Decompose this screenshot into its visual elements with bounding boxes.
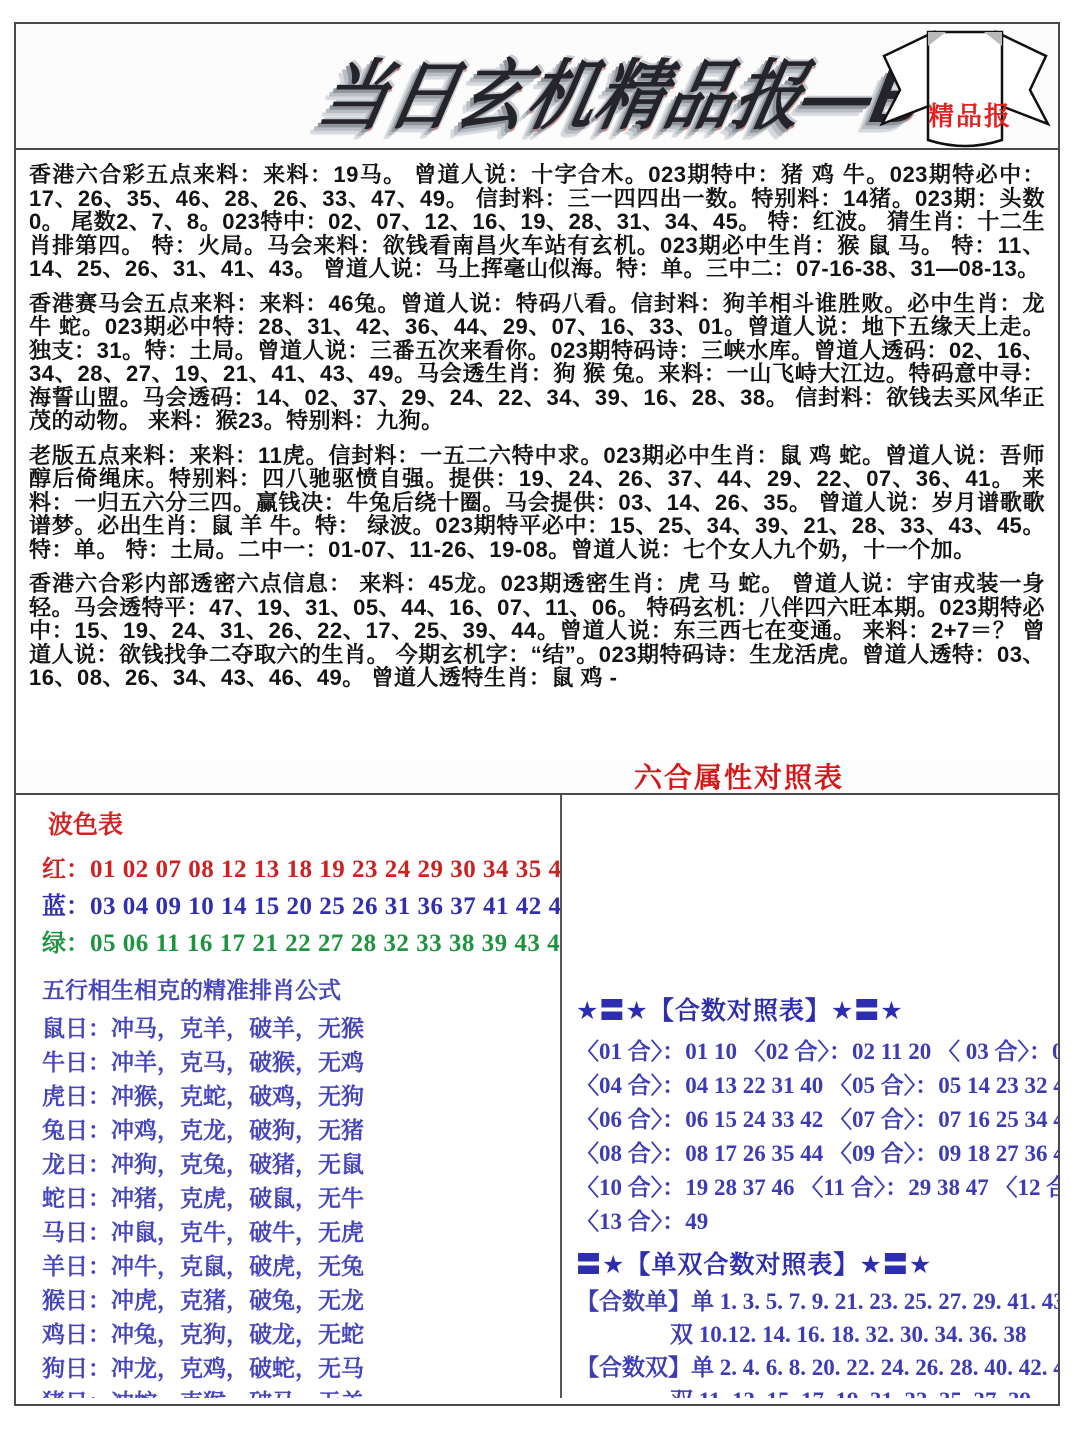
badge-label: 精品报 [928,96,1004,133]
sum-odd-even-row: 双 10.12. 14. 16. 18. 32. 30. 34. 36. 38 [576,1318,1052,1351]
zodiac-row-pig: 猪日：冲蛇，克猴，破马，无羊 [42,1385,552,1398]
attribute-table-header-row: 六合属性对照表 [16,759,1058,795]
sum-row-04-05: 〈04 合〉：04 13 22 31 40 〈05 合〉：05 14 23 32… [576,1069,1052,1103]
green-wave-numbers: 05 06 11 16 17 21 22 27 28 32 33 38 39 4… [90,930,560,957]
tip-paragraph-2: 香港赛马会五点来料：来料：46兔。曾道人说：特码八看。信封料：狗羊相斗谁胜败。必… [29,292,1045,433]
zodiac-row-monkey: 猴日：冲虎，克猪，破兔，无龙 [42,1283,552,1317]
red-wave-numbers: 01 02 07 08 12 13 18 19 23 24 29 30 34 3… [90,856,560,883]
zodiac-row-rat: 鼠日：冲马，克羊，破羊，无猴 [42,1011,552,1045]
odd-even-sum-table-title: 〓★【单双合数对照表】★〓★ [576,1245,1052,1281]
tip-paragraph-1: 香港六合彩五点来料：来料：19马。 曾道人说：十字合木。023期特中：猪 鸡 牛… [29,163,1045,281]
sum-even-even-row: 双 11. 13. 15. 17. 19. 31. 33. 35. 37. 39 [576,1384,1052,1398]
red-wave-label: 红： [42,856,90,883]
blue-wave-numbers: 03 04 09 10 14 15 20 25 26 31 36 37 41 4… [90,893,560,920]
scroll-ribbon-icon [876,10,1054,160]
zodiac-row-dragon: 龙日：冲狗，克兔，破猪，无鼠 [42,1147,552,1181]
sum-row-10-12: 〈10 合〉：19 28 37 46 〈11 合〉：29 38 47 〈12 合… [576,1171,1052,1205]
sum-table-title: ★〓★【合数对照表】★〓★ [576,991,1052,1027]
scroll-ribbon-badge: 精品报 [876,10,1054,160]
page-title: 当日玄机精品报—B [311,36,936,145]
sum-even-odd-row: 【合数双】单 2. 4. 6. 8. 20. 22. 24. 26. 28. 4… [576,1351,1052,1384]
green-wave-row: 绿：05 06 11 16 17 21 22 27 28 32 33 38 39… [42,925,552,962]
sum-table-column: ★〓★【合数对照表】★〓★ 〈01 合〉：01 10 〈02 合〉：02 11 … [560,795,1058,1398]
tip-paragraph-4: 香港六合彩内部透密六点信息： 来料：45龙。023期透密生肖：虎 马 蛇。 曾道… [29,572,1045,690]
zodiac-row-snake: 蛇日：冲猪，克虎，破鼠，无牛 [42,1181,552,1215]
zodiac-row-horse: 马日：冲鼠，克牛，破牛，无虎 [42,1215,552,1249]
zodiac-row-ox: 牛日：冲羊，克马，破猴，无鸡 [42,1045,552,1079]
section-title: 六合属性对照表 [634,756,844,796]
zodiac-row-rooster: 鸡日：冲兔，克狗，破龙，无蛇 [42,1317,552,1351]
wave-color-title: 波色表 [48,805,552,841]
blue-wave-label: 蓝： [42,893,90,920]
sum-row-06-07: 〈06 合〉：06 15 24 33 42 〈07 合〉：07 16 25 34… [576,1103,1052,1137]
blue-wave-row: 蓝：03 04 09 10 14 15 20 25 26 31 36 37 41… [42,888,552,925]
masthead: 当日玄机精品报—B 精品报 [16,24,1058,150]
zodiac-row-dog: 狗日：冲龙，克鸡，破蛇，无马 [42,1351,552,1385]
zodiac-row-rabbit: 兔日：冲鸡，克龙，破狗，无猪 [42,1113,552,1147]
newspaper-sheet: 当日玄机精品报—B 精品报 香港六合彩五点来料：来料：19马。 曾道人说：十字合… [14,22,1060,1406]
attribute-tables: 波色表 红：01 02 07 08 12 13 18 19 23 24 29 3… [16,795,1058,1398]
zodiac-row-tiger: 虎日：冲猴，克蛇，破鸡，无狗 [42,1079,552,1113]
sum-row-13: 〈13 合〉：49 [576,1205,1052,1239]
sum-row-08-09: 〈08 合〉：08 17 26 35 44 〈09 合〉：09 18 27 36… [576,1137,1052,1171]
zodiac-row-goat: 羊日：冲牛，克鼠，破虎，无兔 [42,1249,552,1283]
wave-color-column: 波色表 红：01 02 07 08 12 13 18 19 23 24 29 3… [16,795,560,1398]
tip-paragraph-3: 老版五点来料：来料：11虎。信封料：一五二六特中求。023期必中生肖：鼠 鸡 蛇… [29,444,1045,562]
red-wave-row: 红：01 02 07 08 12 13 18 19 23 24 29 30 34… [42,851,552,888]
sum-odd-odd-row: 【合数单】单 1. 3. 5. 7. 9. 21. 23. 25. 27. 29… [576,1285,1052,1318]
tips-section: 香港六合彩五点来料：来料：19马。 曾道人说：十字合木。023期特中：猪 鸡 牛… [16,150,1058,759]
sum-row-01-03: 〈01 合〉：01 10 〈02 合〉：02 11 20 〈 03 合〉：03 … [576,1035,1052,1069]
zodiac-formula-title: 五行相生相克的精准排肖公式 [42,972,552,1005]
green-wave-label: 绿： [42,930,90,957]
